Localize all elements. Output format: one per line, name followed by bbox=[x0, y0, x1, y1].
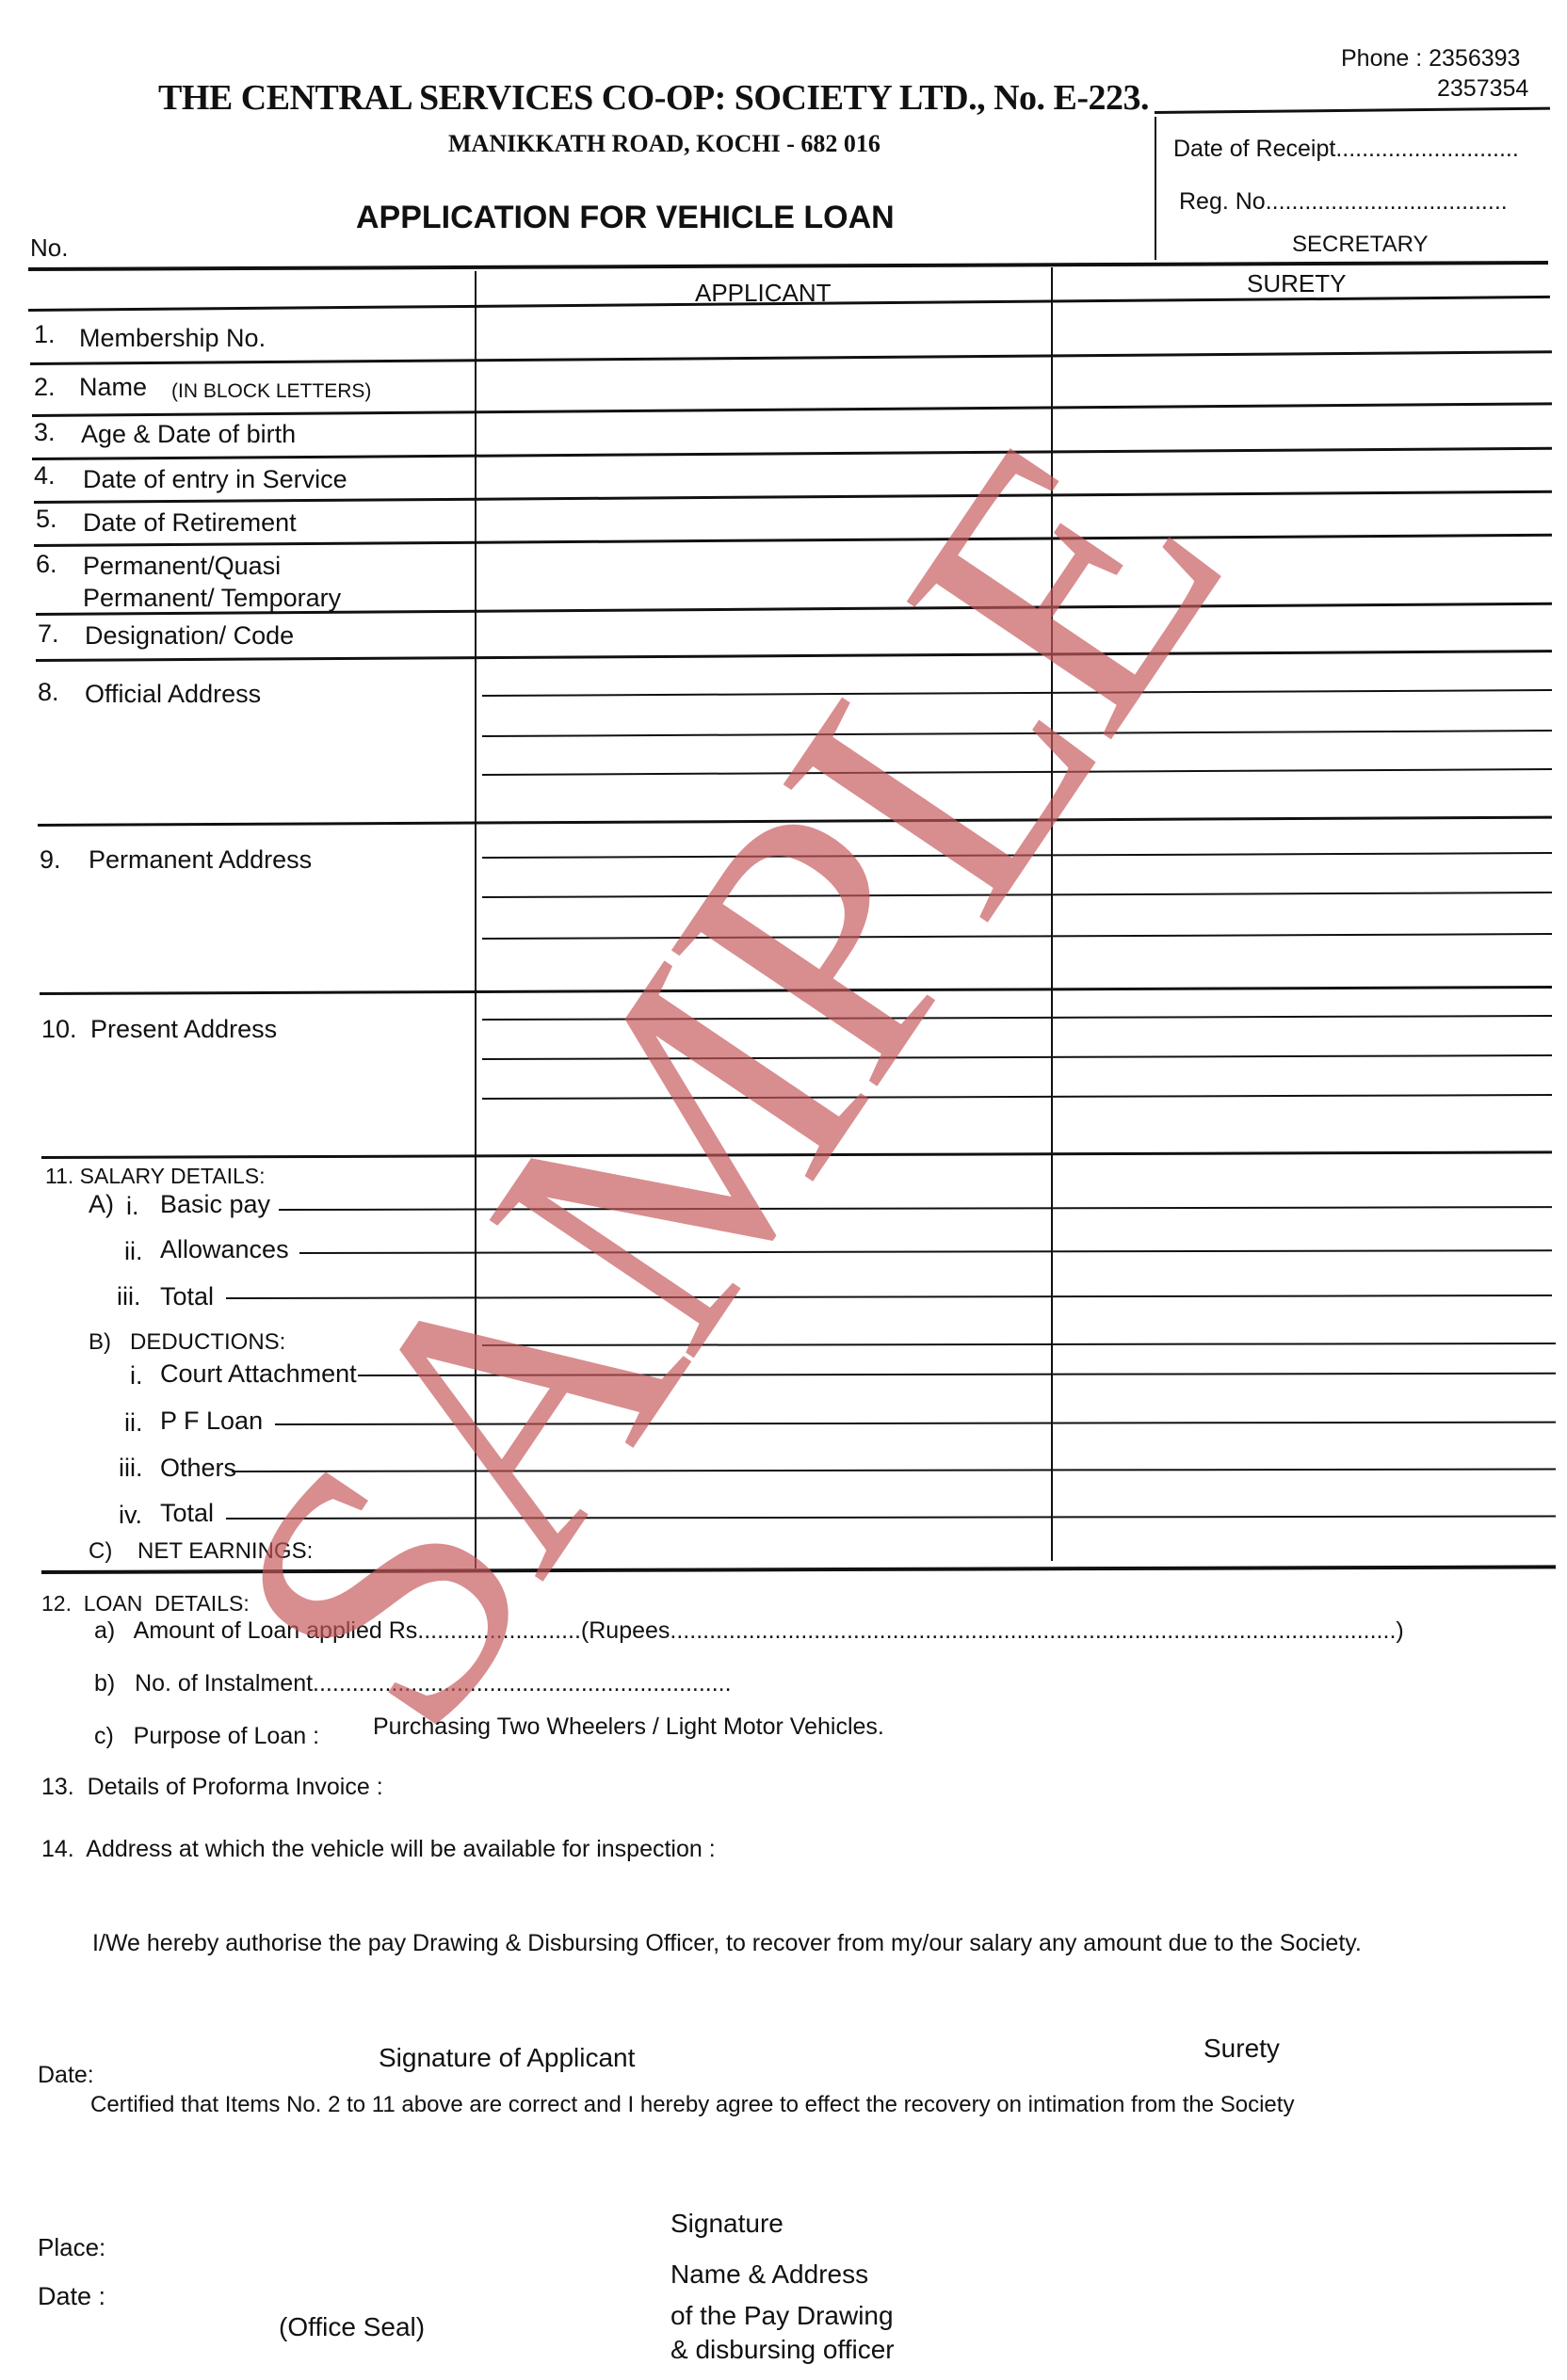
date-of-entry-label: Date of entry in Service bbox=[83, 465, 347, 494]
name-label: Name bbox=[79, 373, 147, 402]
deduction-item-num: iii. bbox=[119, 1454, 143, 1483]
address-line bbox=[482, 1054, 1552, 1060]
row-divider bbox=[38, 816, 1552, 827]
row-divider bbox=[36, 650, 1552, 662]
row-number: 8. bbox=[38, 678, 59, 707]
salary-line bbox=[299, 1249, 1552, 1254]
office-seal-label: (Office Seal) bbox=[279, 2312, 425, 2342]
address-line bbox=[482, 768, 1552, 776]
deduction-item-num: iv. bbox=[119, 1501, 142, 1530]
purpose-of-loan-value: Purchasing Two Wheelers / Light Motor Ve… bbox=[373, 1713, 884, 1741]
row-divider bbox=[32, 402, 1552, 417]
court-attachment-label: Court Attachment bbox=[160, 1359, 357, 1389]
row-number: 1. bbox=[34, 320, 56, 349]
salary-item-num: ii. bbox=[124, 1237, 143, 1266]
officer-name-address-label: Name & Address bbox=[670, 2259, 868, 2290]
deduction-item-num: i. bbox=[130, 1361, 143, 1391]
office-box-left-border bbox=[1155, 117, 1156, 260]
salary-line bbox=[226, 1295, 1552, 1299]
row-number: 4. bbox=[34, 461, 56, 490]
applicant-signature-label: Signature of Applicant bbox=[379, 2043, 635, 2073]
permanent-address-label: Permanent Address bbox=[89, 845, 312, 875]
inspection-address-label: 14. Address at which the vehicle will be… bbox=[41, 1836, 716, 1863]
employment-status-label-line2: Permanent/ Temporary bbox=[83, 584, 341, 613]
table-bottom-border bbox=[41, 1565, 1556, 1574]
address-line bbox=[482, 892, 1552, 898]
basic-pay-label: Basic pay bbox=[160, 1190, 270, 1219]
organization-name: THE CENTRAL SERVICES CO-OP: SOCIETY LTD.… bbox=[158, 77, 1149, 119]
salary-section-a-label: A) bbox=[89, 1190, 114, 1219]
net-earnings-label: C) NET EARNINGS: bbox=[89, 1538, 313, 1565]
salary-details-title: 11. SALARY DETAILS: bbox=[45, 1164, 266, 1189]
salary-line bbox=[226, 1516, 1556, 1520]
age-dob-label: Age & Date of birth bbox=[81, 420, 296, 449]
address-line bbox=[482, 933, 1552, 940]
name-label-hint: (IN BLOCK LETTERS) bbox=[171, 380, 371, 403]
organization-address: MANIKKATH ROAD, KOCHI - 682 016 bbox=[448, 130, 880, 158]
present-address-label: Present Address bbox=[90, 1015, 277, 1044]
salary-total-label: Total bbox=[160, 1282, 214, 1311]
salary-item-num: iii. bbox=[117, 1282, 141, 1311]
row-number: 2. bbox=[34, 373, 56, 402]
salary-line bbox=[275, 1422, 1556, 1425]
row-divider bbox=[40, 986, 1552, 995]
official-address-label: Official Address bbox=[85, 680, 261, 709]
row-number: 6. bbox=[36, 550, 57, 579]
loan-details-title: 12. LOAN DETAILS: bbox=[41, 1591, 250, 1616]
membership-no-label: Membership No. bbox=[79, 324, 266, 353]
row-number: 3. bbox=[34, 418, 56, 447]
phone-number-1: Phone : 2356393 bbox=[1341, 45, 1520, 72]
salary-item-num: i. bbox=[126, 1192, 139, 1221]
certification-statement: Certified that Items No. 2 to 11 above a… bbox=[90, 2092, 1294, 2118]
address-line bbox=[482, 1094, 1552, 1100]
officer-pay-drawing-label: of the Pay Drawing bbox=[670, 2301, 894, 2331]
table-column-divider-2 bbox=[1051, 267, 1053, 1561]
salary-line bbox=[358, 1373, 1556, 1376]
row-number: 9. bbox=[40, 845, 61, 875]
purpose-of-loan-label: c) Purpose of Loan : bbox=[94, 1723, 319, 1750]
address-line bbox=[482, 1015, 1552, 1021]
officer-date-label: Date : bbox=[38, 2282, 105, 2311]
column-header-surety: SURETY bbox=[1247, 269, 1346, 298]
salary-line bbox=[482, 1343, 1556, 1346]
proforma-invoice-label: 13. Details of Proforma Invoice : bbox=[41, 1774, 383, 1801]
allowances-label: Allowances bbox=[160, 1235, 289, 1264]
row-number: 10. bbox=[41, 1015, 77, 1044]
date-of-retirement-label: Date of Retirement bbox=[83, 508, 297, 538]
deductions-total-label: Total bbox=[160, 1499, 214, 1528]
others-label: Others bbox=[160, 1454, 236, 1483]
form-number-label: No. bbox=[30, 233, 68, 263]
loan-amount-field[interactable]: a) Amount of Loan applied Rs............… bbox=[94, 1617, 1404, 1645]
phone-number-2: 2357354 bbox=[1437, 75, 1528, 103]
deductions-title: B) DEDUCTIONS: bbox=[89, 1329, 285, 1356]
salary-line bbox=[232, 1469, 1556, 1472]
surety-signature-label: Surety bbox=[1204, 2034, 1280, 2064]
instalments-field[interactable]: b) No. of Instalment....................… bbox=[94, 1670, 732, 1697]
row-number: 7. bbox=[38, 619, 59, 649]
address-line bbox=[482, 730, 1552, 737]
deduction-item-num: ii. bbox=[124, 1408, 143, 1438]
reg-no-field[interactable]: Reg. No.................................… bbox=[1179, 188, 1508, 216]
officer-disbursing-label: & disbursing officer bbox=[670, 2335, 895, 2365]
employment-status-label: Permanent/Quasi bbox=[83, 552, 281, 581]
place-label: Place: bbox=[38, 2233, 105, 2262]
date-of-receipt-field[interactable]: Date of Receipt.........................… bbox=[1173, 136, 1519, 163]
salary-line bbox=[279, 1206, 1552, 1211]
pf-loan-label: P F Loan bbox=[160, 1407, 263, 1436]
officer-signature-label: Signature bbox=[670, 2209, 783, 2239]
authorisation-statement: I/We hereby authorise the pay Drawing & … bbox=[92, 1930, 1362, 1957]
form-title: APPLICATION FOR VEHICLE LOAN bbox=[356, 200, 895, 236]
applicant-date-label: Date: bbox=[38, 2062, 94, 2089]
designation-code-label: Designation/ Code bbox=[85, 621, 294, 651]
address-line bbox=[482, 689, 1552, 697]
office-box-top-border bbox=[1155, 107, 1550, 114]
row-number: 5. bbox=[36, 505, 57, 534]
secretary-label: SECRETARY bbox=[1292, 232, 1428, 258]
row-divider bbox=[41, 1150, 1552, 1159]
address-line bbox=[482, 852, 1552, 859]
